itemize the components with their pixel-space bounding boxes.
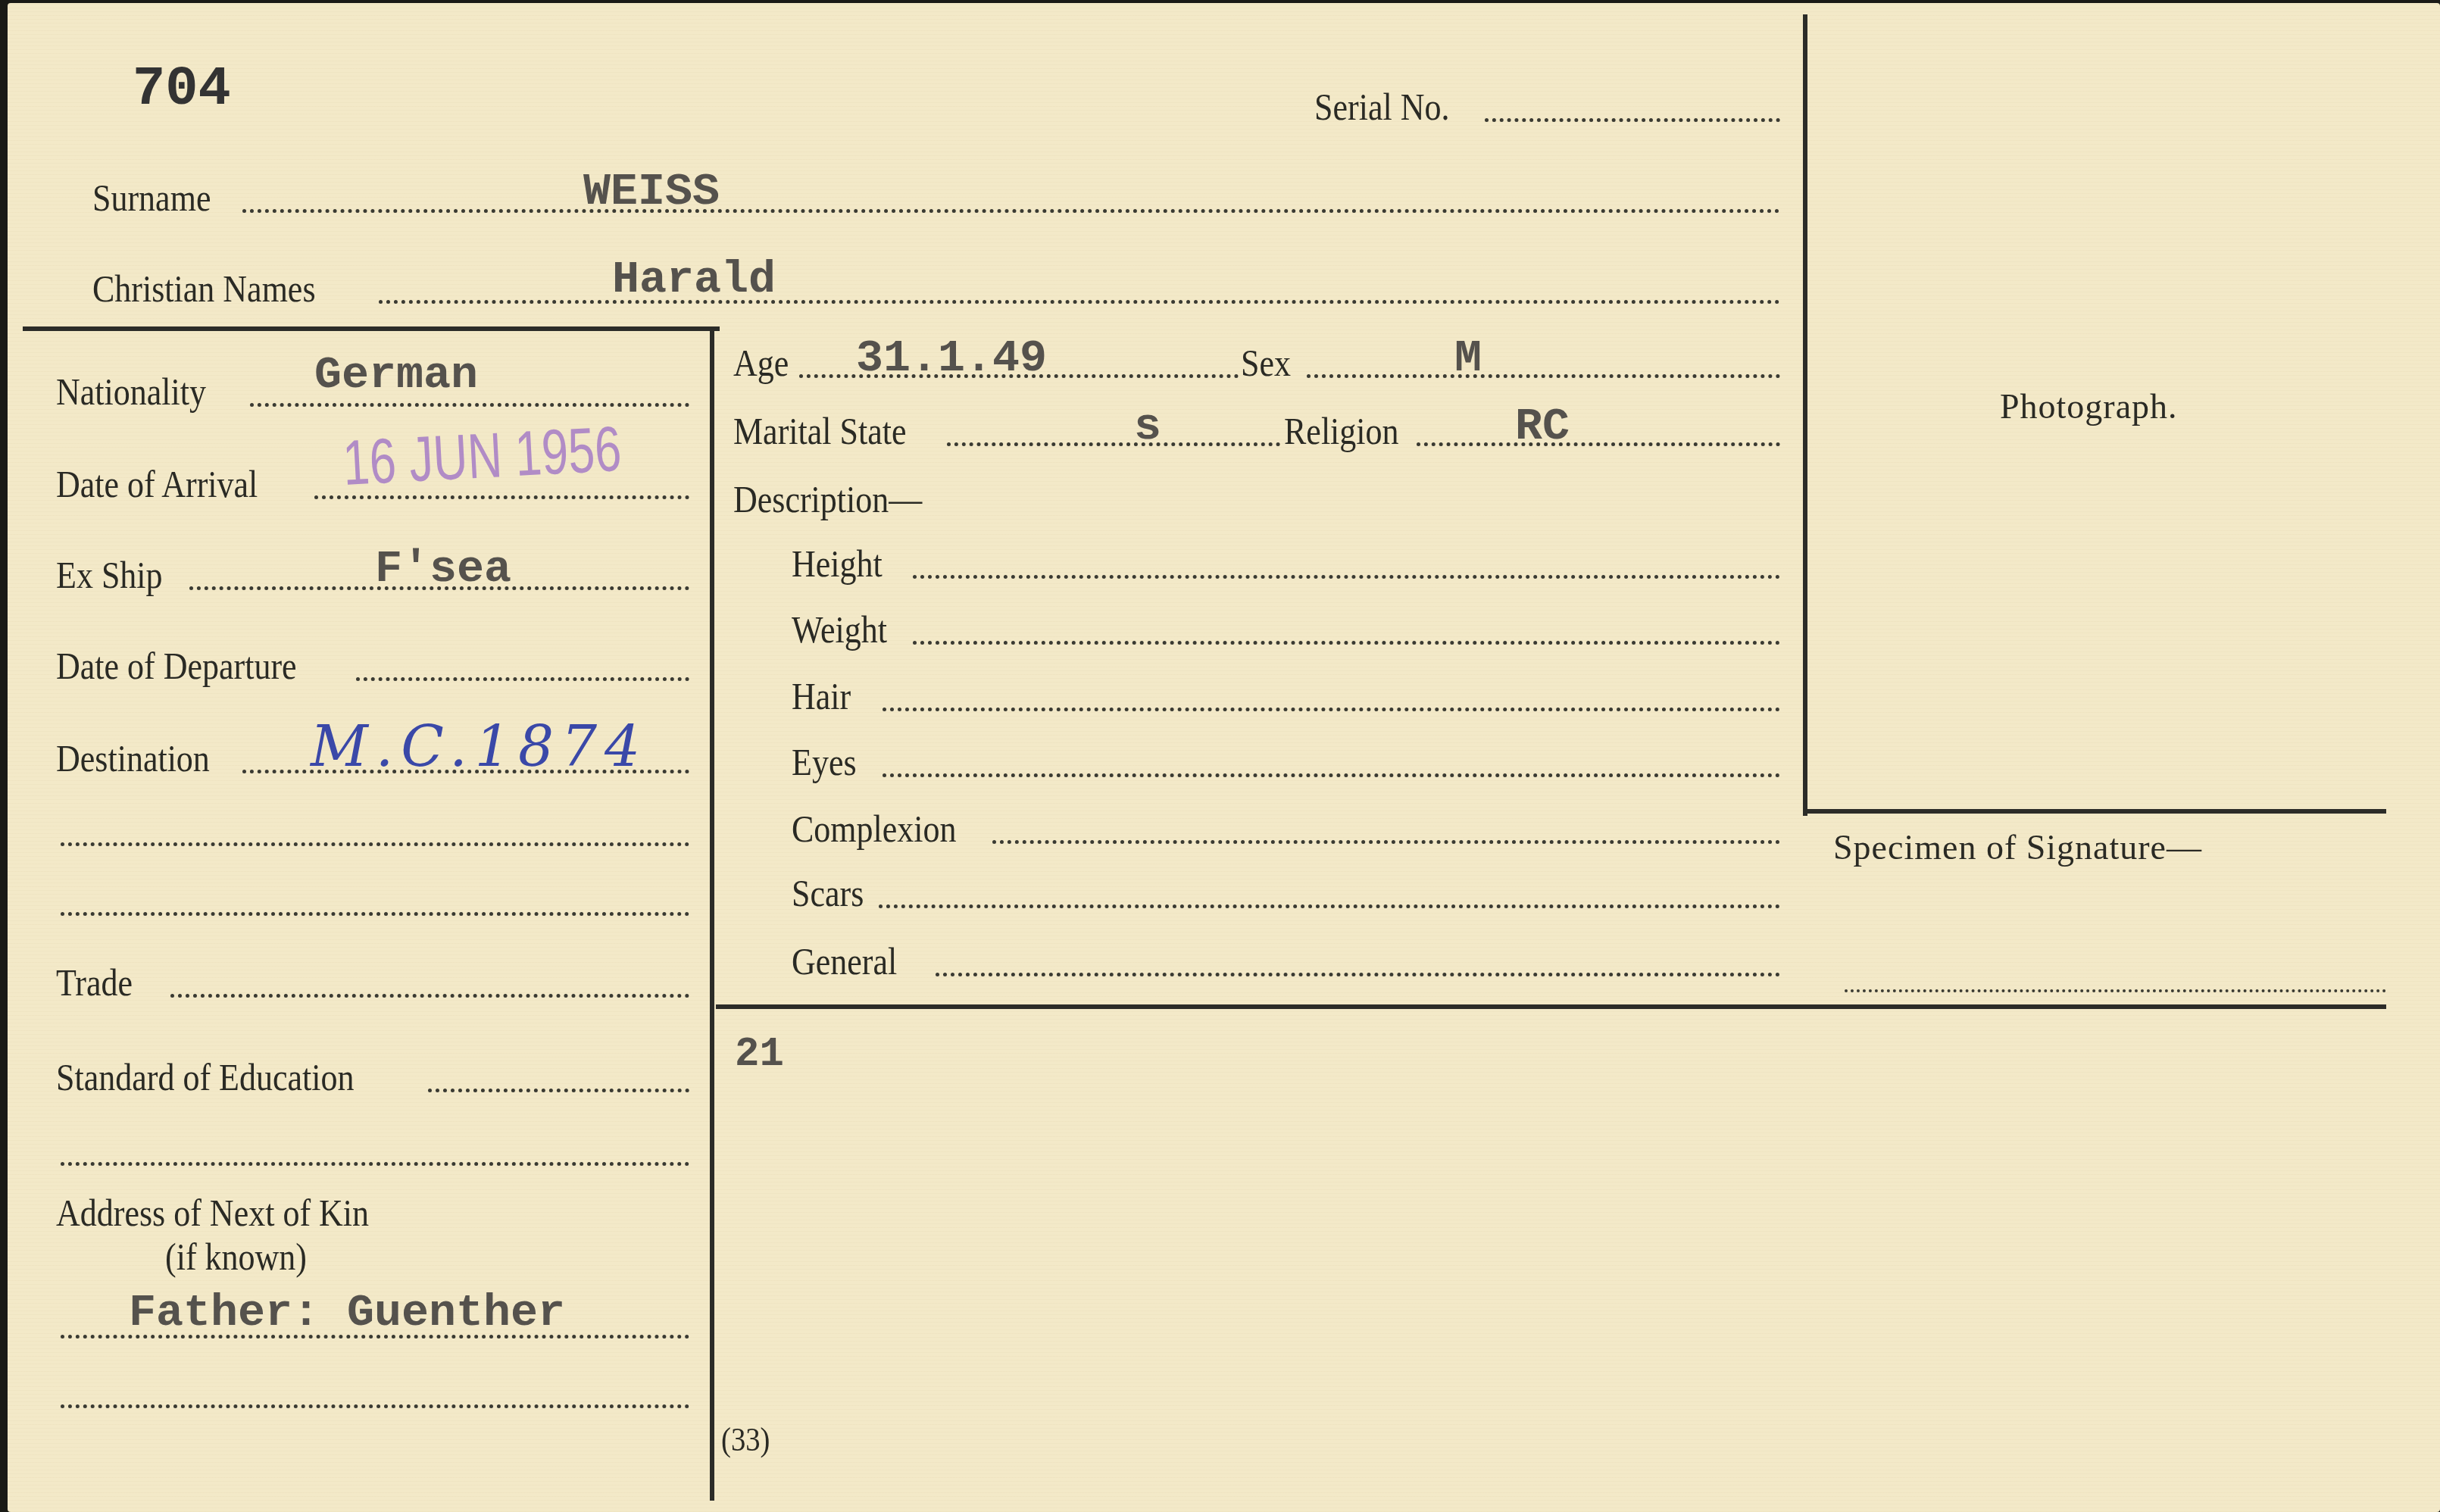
sex-line <box>1307 374 1780 378</box>
height-label: Height <box>792 545 883 583</box>
serial-no-field[interactable] <box>1485 118 1780 122</box>
religion-label: Religion <box>1284 412 1399 450</box>
next-of-kin-sublabel: (if known) <box>165 1238 307 1276</box>
description-bottom-rule <box>716 1004 2386 1009</box>
date-of-departure-label: Date of Departure <box>56 647 297 685</box>
surname-label: Surname <box>92 179 211 217</box>
complexion-label: Complexion <box>792 810 957 848</box>
ex-ship-label: Ex Ship <box>56 556 163 594</box>
trade-label: Trade <box>56 964 133 1001</box>
destination-label: Destination <box>56 739 210 777</box>
age-label: Age <box>733 344 789 382</box>
marital-state-value[interactable]: s <box>1134 405 1161 450</box>
marital-state-label: Marital State <box>733 412 906 450</box>
scars-label: Scars <box>792 874 864 912</box>
standard-of-education-field[interactable] <box>428 1089 689 1092</box>
eyes-label: Eyes <box>792 743 857 781</box>
next-of-kin-line <box>61 1335 689 1339</box>
religion-value[interactable]: RC <box>1515 405 1570 450</box>
immigration-card: 704 Serial No. Surname WEISS Christian N… <box>8 3 2440 1512</box>
nationality-line <box>250 403 689 407</box>
christian-names-label: Christian Names <box>92 270 316 308</box>
bottom-code: 21 <box>735 1035 784 1076</box>
next-of-kin-value[interactable]: Father: Guenther <box>129 1291 565 1336</box>
signature-label: Specimen of Signature— <box>1833 830 2202 865</box>
photo-box-bottom-rule <box>1803 809 2386 814</box>
surname-line <box>242 209 1780 213</box>
card-number: 704 <box>133 62 231 117</box>
signature-field[interactable] <box>1845 989 2386 992</box>
hair-label: Hair <box>792 677 851 715</box>
date-of-arrival-label: Date of Arrival <box>56 465 258 503</box>
nationality-value[interactable]: German <box>314 353 478 398</box>
nationality-label: Nationality <box>56 373 206 411</box>
scars-field[interactable] <box>879 904 1780 908</box>
general-field[interactable] <box>936 973 1780 976</box>
left-box-top-rule <box>23 326 720 331</box>
surname-value[interactable]: WEISS <box>583 170 720 215</box>
blank-line-1[interactable] <box>61 842 689 846</box>
sex-label: Sex <box>1241 344 1291 382</box>
ex-ship-value[interactable]: F'sea <box>375 547 511 592</box>
christian-names-line <box>379 300 1780 304</box>
weight-field[interactable] <box>913 641 1780 645</box>
blank-line-4[interactable] <box>61 1404 689 1408</box>
hair-field[interactable] <box>883 708 1780 711</box>
next-of-kin-label: Address of Next of Kin <box>56 1194 369 1232</box>
eyes-field[interactable] <box>883 773 1780 777</box>
serial-no-label: Serial No. <box>1314 88 1449 126</box>
form-number: (33) <box>721 1423 770 1457</box>
photograph-label: Photograph. <box>2000 389 2178 424</box>
height-field[interactable] <box>913 575 1780 579</box>
trade-field[interactable] <box>170 994 689 998</box>
destination-handwritten-value[interactable]: M.C.1874 <box>311 719 648 775</box>
weight-label: Weight <box>792 611 887 648</box>
sex-value[interactable]: M <box>1454 336 1482 382</box>
blank-line-3[interactable] <box>61 1162 689 1166</box>
age-value[interactable]: 31.1.49 <box>856 336 1047 382</box>
blank-line-2[interactable] <box>61 912 689 916</box>
complexion-field[interactable] <box>992 840 1780 844</box>
photo-box-left-rule <box>1803 14 1807 816</box>
standard-of-education-label: Standard of Education <box>56 1058 354 1096</box>
arrival-date-stamp[interactable]: 16 JUN 1956 <box>342 417 623 495</box>
description-heading: Description— <box>733 480 922 518</box>
left-column-divider <box>710 326 714 1501</box>
date-of-departure-field[interactable] <box>356 677 689 681</box>
general-label: General <box>792 942 897 980</box>
religion-line <box>1417 442 1780 446</box>
christian-names-value[interactable]: Harald <box>612 258 776 303</box>
marital-state-line <box>947 442 1280 446</box>
